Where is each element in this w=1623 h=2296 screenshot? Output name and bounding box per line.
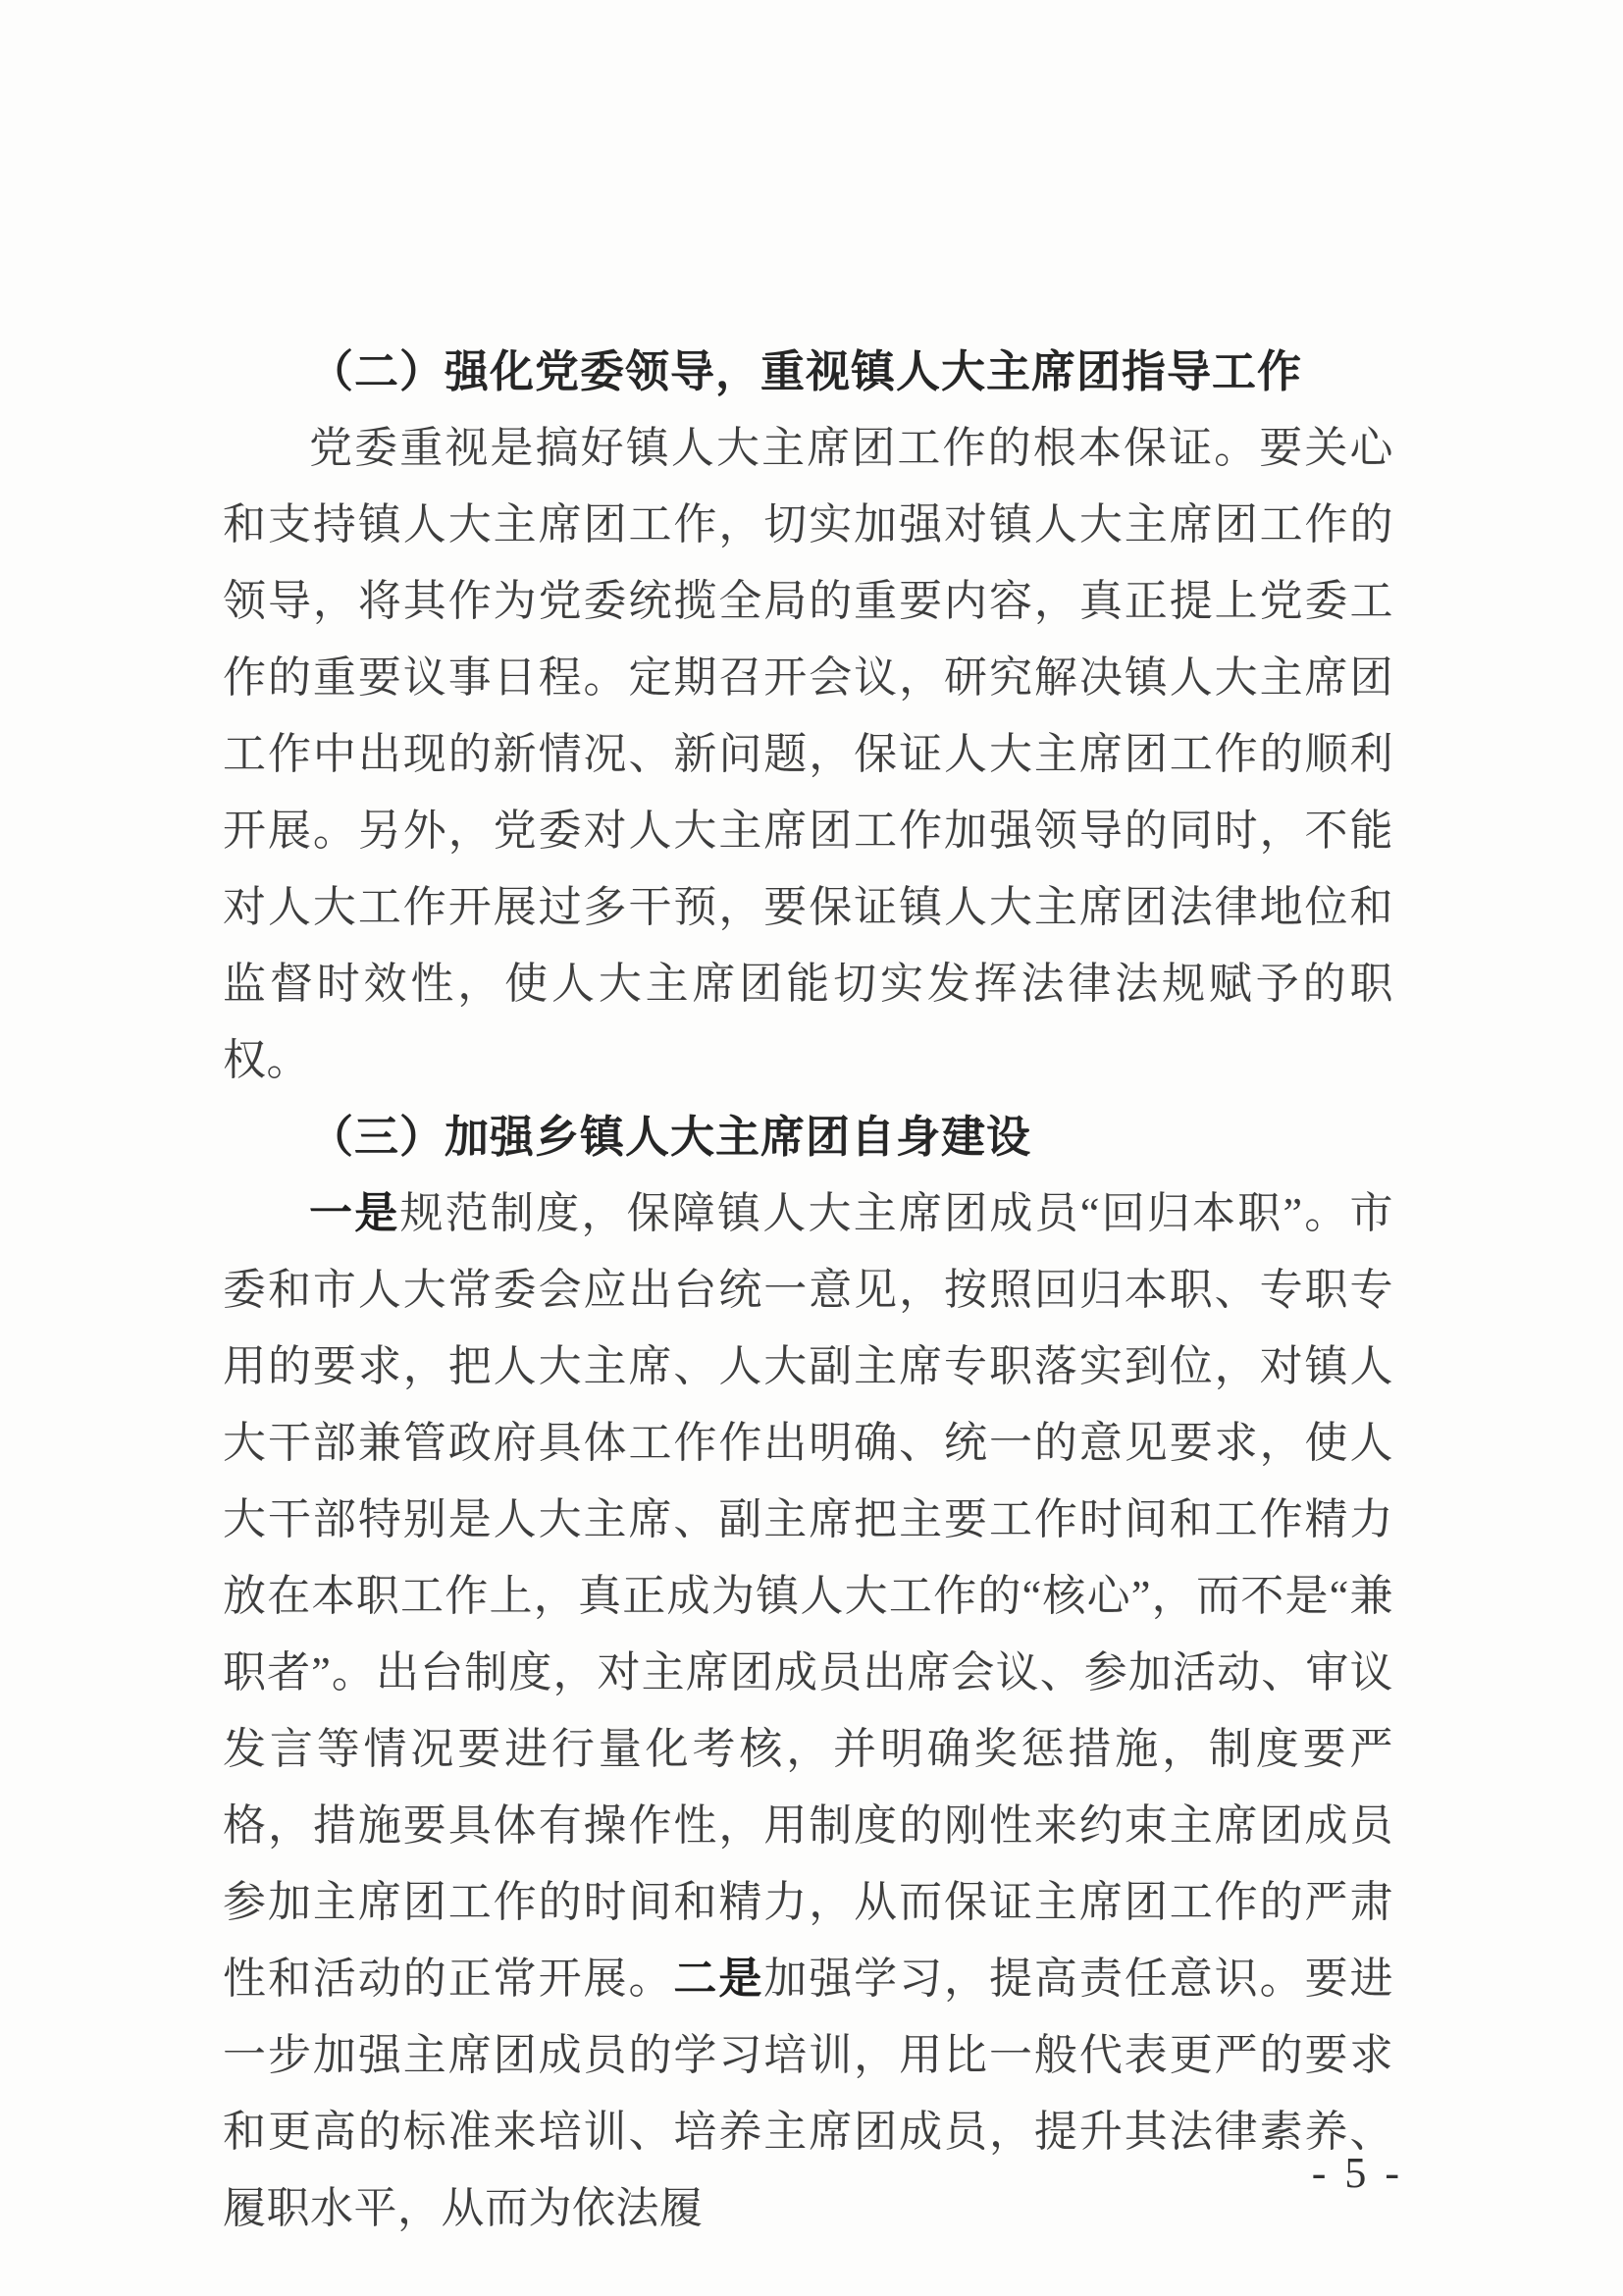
section-heading-2: （二）强化党委领导，重视镇人大主席团指导工作: [223, 334, 1393, 410]
text-run: 规范制度，保障镇人大主席团成员“回归本职”。市委和市人大常委会应出台统一意见，按…: [223, 1189, 1393, 2003]
section-2-paragraph: 党委重视是搞好镇人大主席团工作的根本保证。要关心和支持镇人大主席团工作，切实加强…: [223, 410, 1393, 1099]
section-3-paragraph: 一是规范制度，保障镇人大主席团成员“回归本职”。市委和市人大常委会应出台统一意见…: [223, 1175, 1393, 2247]
document-page: （二）强化党委领导，重视镇人大主席团指导工作 党委重视是搞好镇人大主席团工作的根…: [0, 0, 1623, 2296]
emphasis-run: 二是: [673, 1955, 763, 2003]
emphasis-run: 一是: [309, 1189, 399, 1237]
section-heading-3: （三）加强乡镇人大主席团自身建设: [223, 1099, 1393, 1175]
page-content: （二）强化党委领导，重视镇人大主席团指导工作 党委重视是搞好镇人大主席团工作的根…: [223, 334, 1393, 2247]
text-run: 党委重视是搞好镇人大主席团工作的根本保证。要关心和支持镇人大主席团工作，切实加强…: [223, 424, 1393, 1084]
page-number: - 5 -: [1312, 2144, 1403, 2203]
